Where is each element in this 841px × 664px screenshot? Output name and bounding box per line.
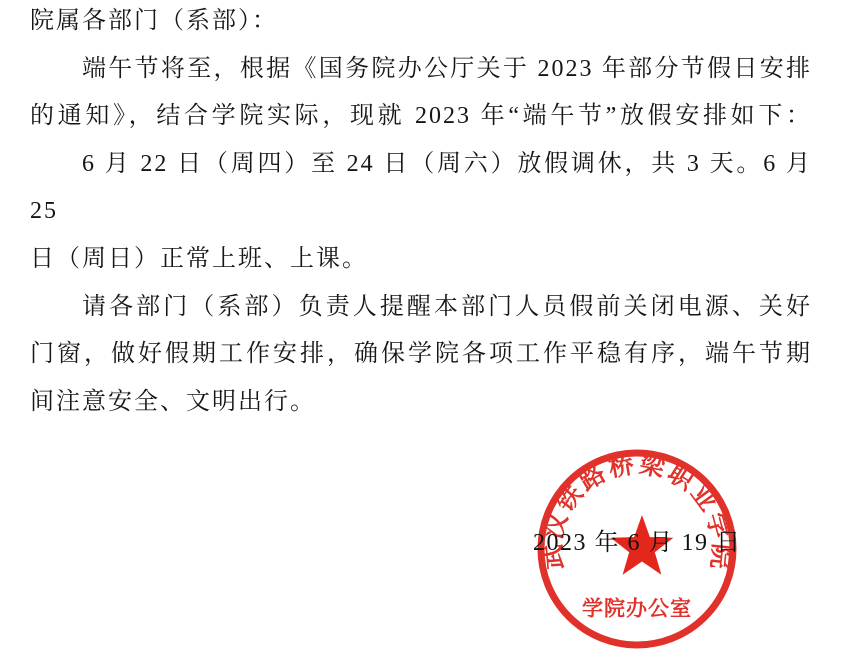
document-page: 院属各部门（系部）：端午节将至，根据《国务院办公厅关于 2023 年部分节假日安… bbox=[0, 0, 841, 664]
text-line: 日（周日）正常上班、上课。 bbox=[30, 236, 812, 284]
text-line: 院属各部门（系部）： bbox=[30, 0, 812, 46]
text-line: 间注意安全、文明出行。 bbox=[30, 379, 812, 427]
text-line: 端午节将至，根据《国务院办公厅关于 2023 年部分节假日安排 bbox=[30, 46, 812, 94]
text-line: 请各部门（系部）负责人提醒本部门人员假前关闭电源、关好 bbox=[30, 284, 812, 332]
seal-bottom-text: 学院办公室 bbox=[582, 597, 692, 621]
notice-date: 2023 年 6 月 19 日 bbox=[533, 528, 742, 558]
text-line: 门窗，做好假期工作安排，确保学院各项工作平稳有序，端午节期 bbox=[30, 331, 812, 379]
text-line: 的通知》，结合学院实际，现就 2023 年“端午节”放假安排如下： bbox=[30, 93, 812, 141]
notice-body: 院属各部门（系部）：端午节将至，根据《国务院办公厅关于 2023 年部分节假日安… bbox=[30, 0, 812, 426]
text-line: 6 月 22 日（周四）至 24 日（周六）放假调休，共 3 天。6 月 25 bbox=[30, 141, 812, 236]
